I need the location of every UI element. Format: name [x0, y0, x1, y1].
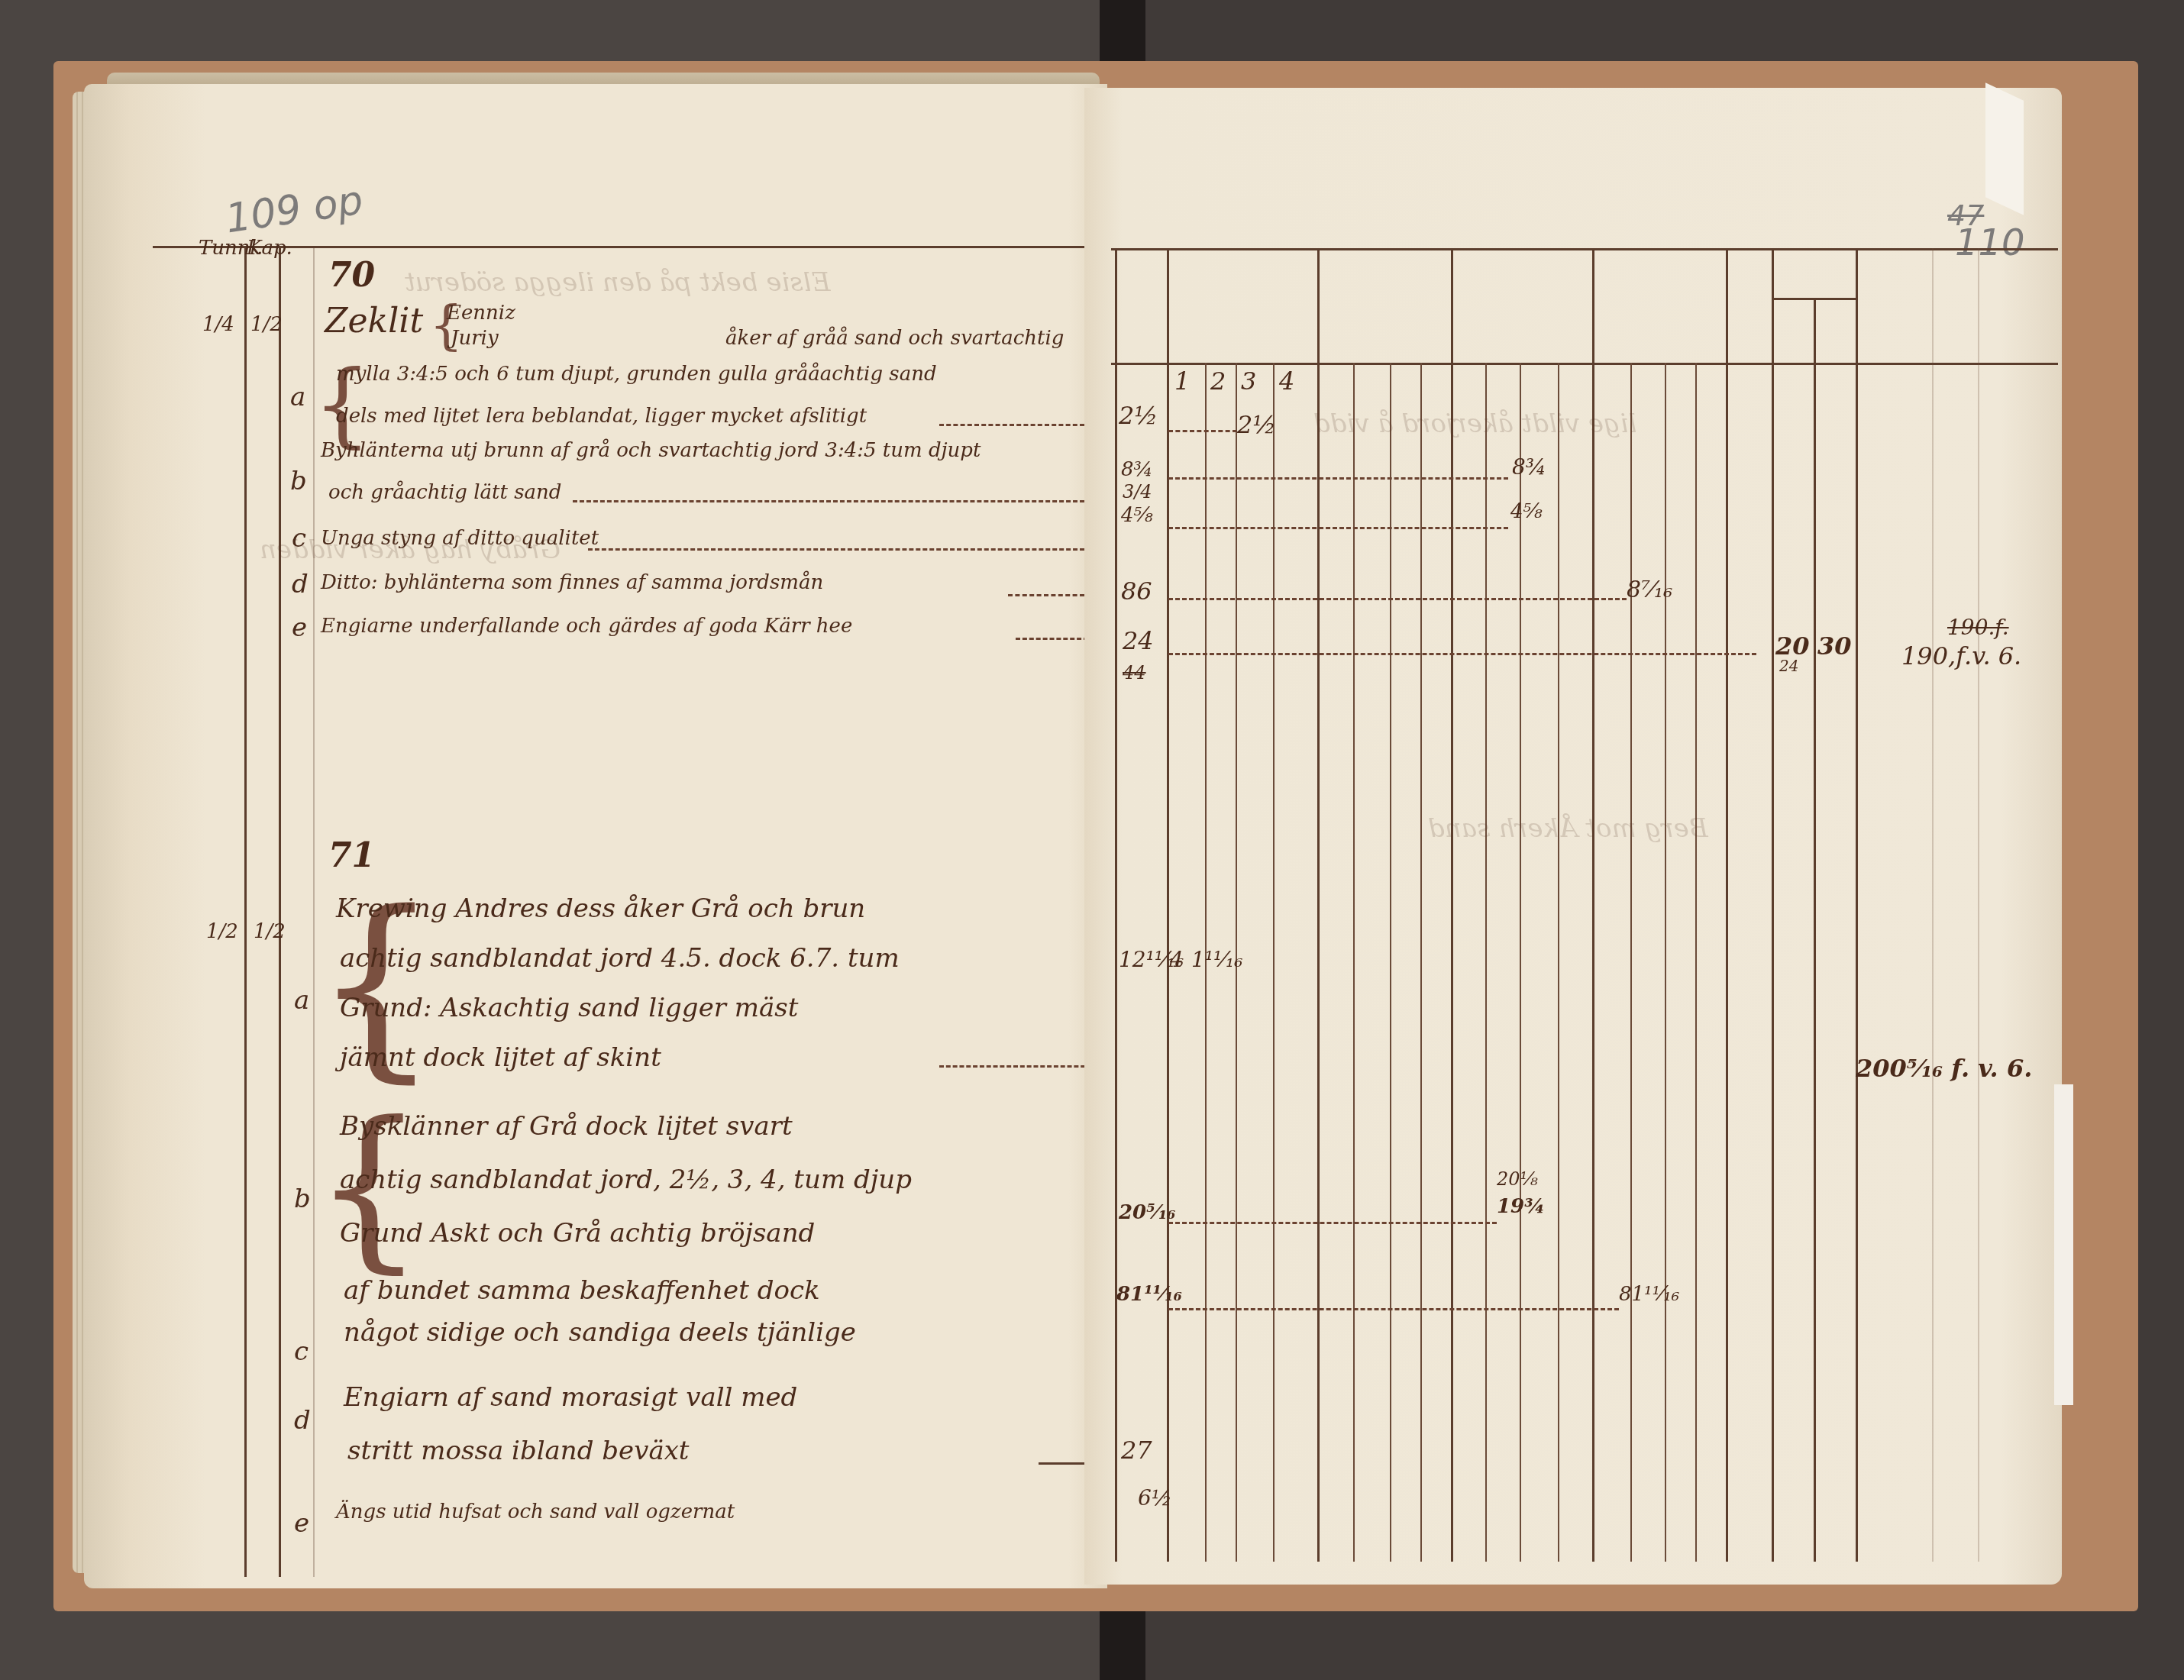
- subcolumn-rule: [1485, 363, 1487, 1562]
- area-value: 4⁵⁄₈: [1121, 504, 1153, 527]
- area-value: 3/4: [1123, 481, 1152, 502]
- column-rule: [1317, 248, 1320, 1562]
- entry-line: Bysklänner af Grå dock lijtet svart: [340, 1111, 793, 1142]
- area-value: 24: [1123, 626, 1154, 655]
- entry-line: Engiarn af sand morasigt vall med: [344, 1382, 797, 1413]
- column-header-kap: Kap.: [247, 237, 292, 260]
- faint-rule: [1978, 248, 1979, 1562]
- item-label: b: [290, 466, 307, 496]
- entry-line: Krewing Andres dess åker Grå och brun: [336, 893, 865, 924]
- owner-name: Eenniz: [447, 302, 515, 325]
- leader-dash: [1016, 638, 1088, 640]
- subcolumn-rule: [1695, 363, 1697, 1562]
- entry-line: mylla 3:4:5 och 6 tum djupt, grunden gul…: [336, 363, 937, 386]
- column-rule: [1451, 248, 1453, 1562]
- leader-dash: [1168, 430, 1237, 432]
- area-value: 27: [1121, 1436, 1152, 1465]
- column-rule: [1726, 248, 1728, 1562]
- bleed-through: Berg mot Åkerh sand: [1428, 813, 1708, 844]
- inserted-slip: [2054, 1084, 2073, 1405]
- leader-dash: [1168, 598, 1627, 600]
- bleed-through: Elsie bekt på den ilegga söderut: [405, 267, 830, 298]
- entry-total-struck: 190.f.: [1947, 615, 2009, 640]
- entry-line: Engiarne underfallande och gärdes af god…: [321, 615, 852, 638]
- header-rule: [153, 246, 1096, 248]
- entry-total: 200⁵⁄₁₆ f. v. 6.: [1856, 1054, 2032, 1083]
- area-value: 81¹¹⁄₁₆: [1116, 1283, 1182, 1306]
- leader-dash: [1168, 1222, 1497, 1224]
- left-folio-pencil: 109 op: [223, 178, 366, 243]
- entry-line: achtig sandblandat jord 4.5. dock 6.7. t…: [340, 943, 900, 974]
- leader-dash: [939, 424, 1084, 426]
- area-value: 4: [1170, 947, 1184, 972]
- area-value: 20⅛: [1497, 1168, 1538, 1190]
- subcolumn-rule: [1558, 363, 1559, 1562]
- margin-fraction: 1/2: [206, 920, 238, 943]
- leader-dash: [1168, 653, 1756, 655]
- faint-rule: [1932, 248, 1934, 1562]
- entry-line: Grund Askt och Grå achtig bröjsand: [340, 1218, 815, 1249]
- margin-fraction: 1/2: [254, 920, 286, 943]
- area-value: 30: [1817, 632, 1852, 661]
- farm-name: Zeklit: [325, 302, 423, 341]
- area-value: 86: [1121, 577, 1152, 606]
- leader-dash: [1008, 594, 1084, 596]
- area-value: 24: [1779, 657, 1798, 675]
- leader-dash: [939, 1065, 1092, 1068]
- leader-dash: [588, 548, 1084, 551]
- right-folio-pencil: 110: [1955, 221, 2025, 264]
- item-label: a: [290, 382, 305, 412]
- owner-name: Juriy: [451, 327, 499, 350]
- column-rule: [1115, 248, 1117, 1562]
- item-label: a: [294, 985, 309, 1016]
- item-label: e: [292, 612, 307, 643]
- entry-line: jämnt dock lijtet af skint: [340, 1042, 661, 1073]
- item-label: c: [292, 523, 306, 554]
- column-rule: [1856, 248, 1858, 1562]
- column-rule: [1772, 248, 1774, 1562]
- entry-line: Byhlänterna utj brunn af grå och svartac…: [321, 439, 981, 462]
- torn-corner: [1985, 82, 2024, 215]
- area-value: 2½: [1237, 410, 1276, 439]
- leader-dash: [1168, 1308, 1619, 1310]
- entry-line: af bundet samma beskaffenhet dock: [344, 1275, 820, 1306]
- entry-line: Unga styng af ditto qualitet: [321, 527, 599, 550]
- entry-line: åker af gråå sand och svartachtig: [725, 327, 1064, 350]
- subcolumn-number: 2: [1210, 367, 1226, 396]
- subcolumn-rule: [1520, 363, 1521, 1562]
- header-rule-bottom: [1111, 363, 2058, 365]
- column-rule: [1592, 248, 1594, 1562]
- column-rule: [244, 248, 247, 1577]
- area-value: 20⁵⁄₁₆: [1119, 1201, 1176, 1224]
- area-value: 1¹¹⁄₁₆: [1191, 947, 1242, 972]
- entry-line: achtig sandblandat jord, 2½, 3, 4, tum d…: [340, 1165, 912, 1195]
- item-label: e: [294, 1508, 309, 1539]
- column-rule: [279, 248, 281, 1577]
- header-rule-top: [1111, 248, 2058, 250]
- entry-total: 190,f.v. 6.: [1901, 641, 2021, 670]
- item-label: c: [294, 1336, 309, 1367]
- subcolumn-rule: [1630, 363, 1632, 1562]
- subcolumn-number: 1: [1174, 367, 1190, 396]
- area-value: 8¾: [1121, 458, 1153, 481]
- area-value: 19¾: [1497, 1195, 1545, 1218]
- entry-line: dels med lijtet lera beblandat, ligger m…: [336, 405, 867, 428]
- subcolumn-rule: [1420, 363, 1422, 1562]
- entry-line: stritt mossa ibland beväxt: [347, 1436, 690, 1466]
- area-value: 6½: [1138, 1485, 1172, 1510]
- right-page: 47 110 1 2 3 4 lige vildt åkerjord å vid…: [1084, 88, 2062, 1585]
- item-label: d: [294, 1405, 311, 1436]
- area-value: 2½: [1119, 401, 1158, 430]
- entry-line: och gråachtig lätt sand: [328, 481, 562, 504]
- entry-number: 70: [328, 256, 375, 295]
- subcolumn-rule: [1665, 363, 1666, 1562]
- subcolumn-rule: [1390, 363, 1391, 1562]
- margin-fraction: 1/2: [250, 313, 283, 336]
- margin-fraction: 1/4: [202, 313, 234, 336]
- area-value: 4⁵⁄₈: [1510, 500, 1543, 523]
- entry-line: något sidige och sandiga deels tjänlige: [344, 1317, 856, 1348]
- left-page: 109 op Tunnl. Kap. Elsie bekt på den ile…: [84, 84, 1107, 1588]
- area-value-struck: 44: [1123, 662, 1146, 683]
- leader-dash: [573, 500, 1084, 502]
- subcolumn-rule: [1273, 363, 1275, 1562]
- bleed-through: lige vildt åkerjord å vidd: [1313, 409, 1636, 439]
- leader-dash: [1168, 527, 1508, 529]
- area-value: 8⁷⁄₁₆: [1627, 577, 1672, 603]
- item-label: b: [294, 1184, 311, 1214]
- entry-line: Ditto: byhlänterna som finnes af samma j…: [321, 571, 823, 594]
- entry-line: Grund: Askachtig sand ligger mäst: [340, 993, 798, 1023]
- entry-line: Ängs utid hufsat och sand vall ogzernat: [336, 1501, 735, 1523]
- leader-dash: [1168, 477, 1508, 480]
- subcolumn-number: 4: [1279, 367, 1294, 396]
- item-label: d: [292, 569, 309, 599]
- column-rule: [1814, 298, 1816, 1562]
- column-rule: [1167, 248, 1169, 1562]
- subcolumn-number: 3: [1241, 367, 1256, 396]
- subcolumn-rule: [1353, 363, 1355, 1562]
- area-value: 81¹¹⁄₁₆: [1619, 1283, 1679, 1306]
- area-value: 8¾: [1512, 454, 1546, 480]
